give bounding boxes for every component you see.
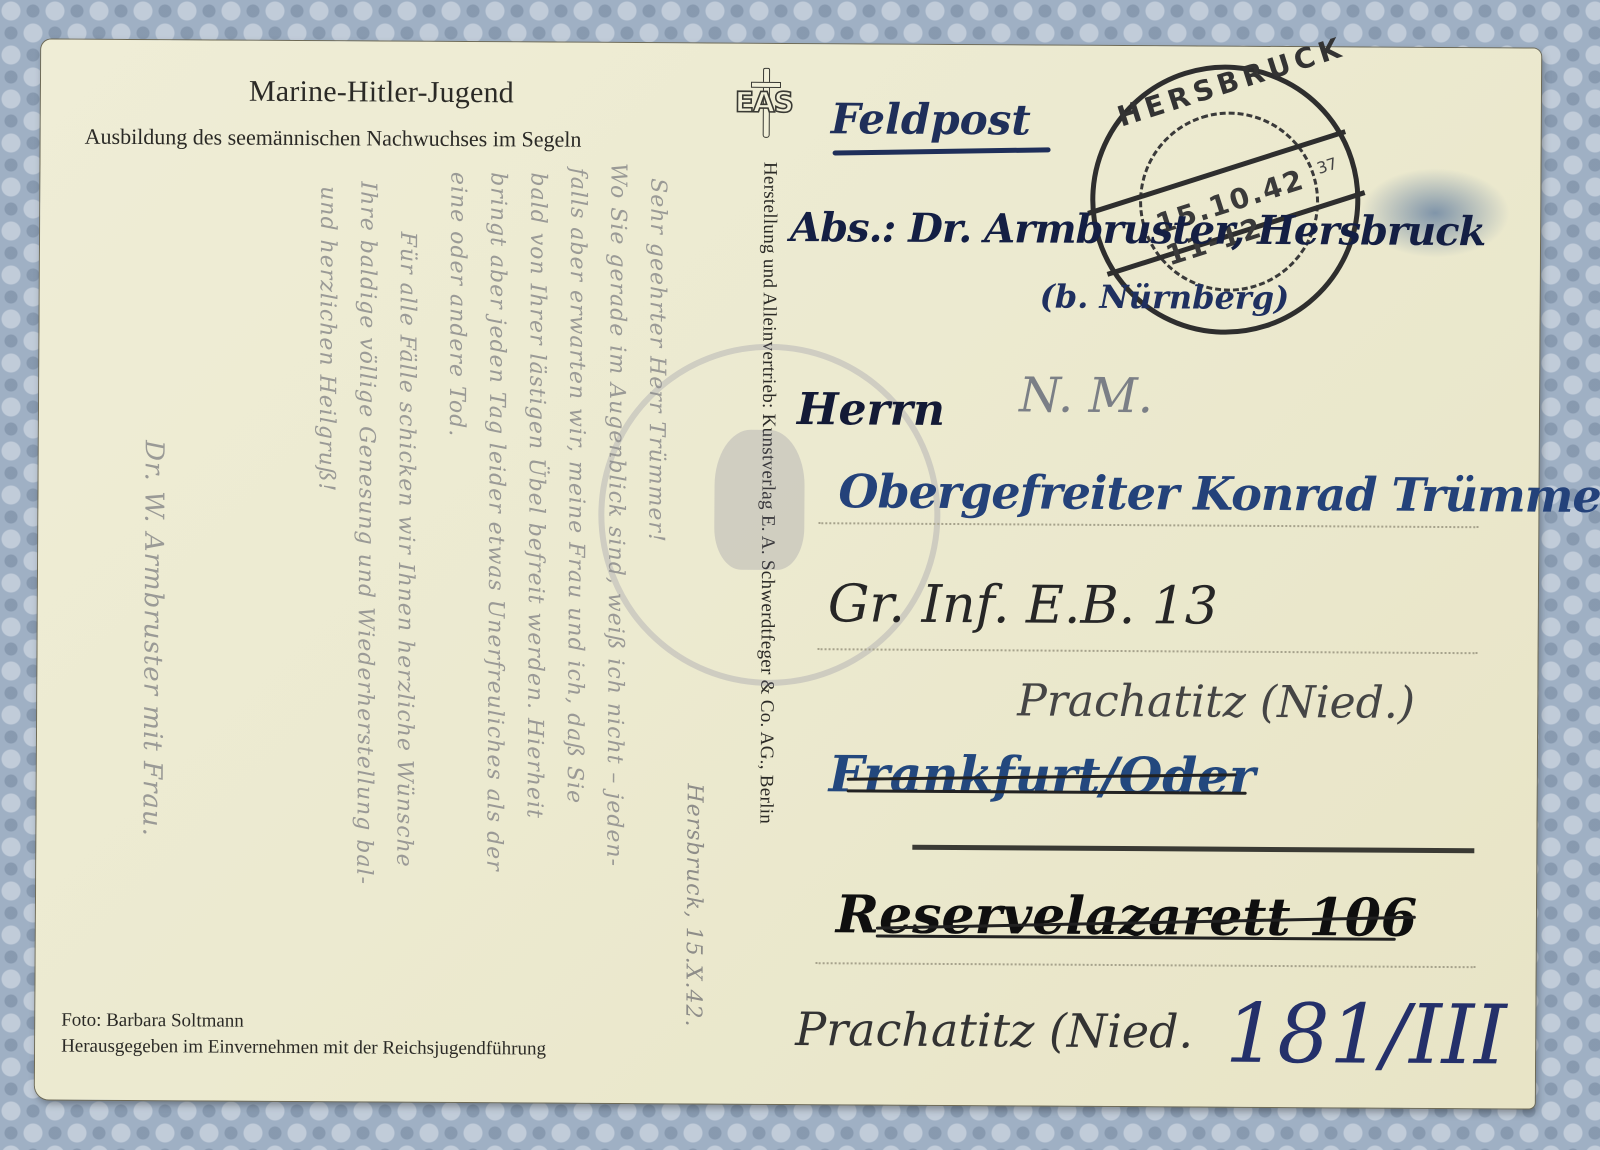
photo-credit: Foto: Barbara Soltmann [61, 1010, 244, 1033]
logo-text: EAS [735, 86, 793, 119]
message-line: Für alle Fälle schicken wir Ihnen herzli… [391, 232, 420, 868]
publisher-logo: EAS [731, 68, 801, 138]
message-salutation: Sehr geehrter Herr Trümmer! [643, 178, 670, 543]
address-rule [912, 845, 1474, 853]
address-dotted-line [816, 962, 1476, 968]
postcard: Marine-Hitler-Jugend Ausbildung des seem… [35, 39, 1541, 1108]
feldpost-header: Feldpost [831, 94, 1031, 144]
message-line: Wo Sie gerade im Augenblick sind, weiß i… [601, 163, 630, 867]
hospital-number: 181/III [1225, 987, 1507, 1084]
handwritten-message: Hersbruck, 15.X.42. Sehr geehrter Herr T… [55, 140, 720, 1024]
publisher-note: Herausgegeben im Einvernehmen mit der Re… [61, 1036, 546, 1061]
address-dotted-line [818, 648, 1478, 654]
recipient-salutation: Herrn [797, 384, 945, 436]
message-line: bald von Ihrer lästigen Übel befreit wer… [521, 172, 550, 819]
message-signature: Dr. W. Armbruster mit Frau. [136, 440, 168, 837]
city-correction-2: Prachatitz (Nied. [795, 1002, 1193, 1058]
recipient-name: Obergefreiter Konrad Trümmert [838, 464, 1600, 523]
message-line: eine oder andere Tod. [444, 172, 471, 437]
sender-subline: (b. Nürnberg) [1040, 278, 1290, 318]
message-line: falls aber erwarten wir, meine Frau und … [562, 168, 591, 805]
postmark: HERSBRUCK 15.10.42 11-12 37 [1056, 30, 1395, 369]
feldpost-underline [833, 147, 1051, 155]
message-place-date: Hersbruck, 15.X.42. [680, 783, 706, 1027]
pencil-initials: N. M. [1019, 367, 1153, 424]
card-title: Marine-Hitler-Jugend [249, 75, 514, 111]
sender-line: Abs.: Dr. Armbruster, Hersbruck [790, 204, 1485, 255]
recipient-unit: Gr. Inf. E.B. 13 [828, 574, 1219, 636]
city-correction: Prachatitz (Nied.) [1017, 675, 1415, 728]
message-line: und herzlichen Heilgruß! [313, 186, 340, 492]
message-line: bringt aber jeden Tag leider etwas Unerf… [481, 172, 510, 872]
message-line: Ihre baldige völlige Genesung und Wieder… [351, 181, 380, 885]
